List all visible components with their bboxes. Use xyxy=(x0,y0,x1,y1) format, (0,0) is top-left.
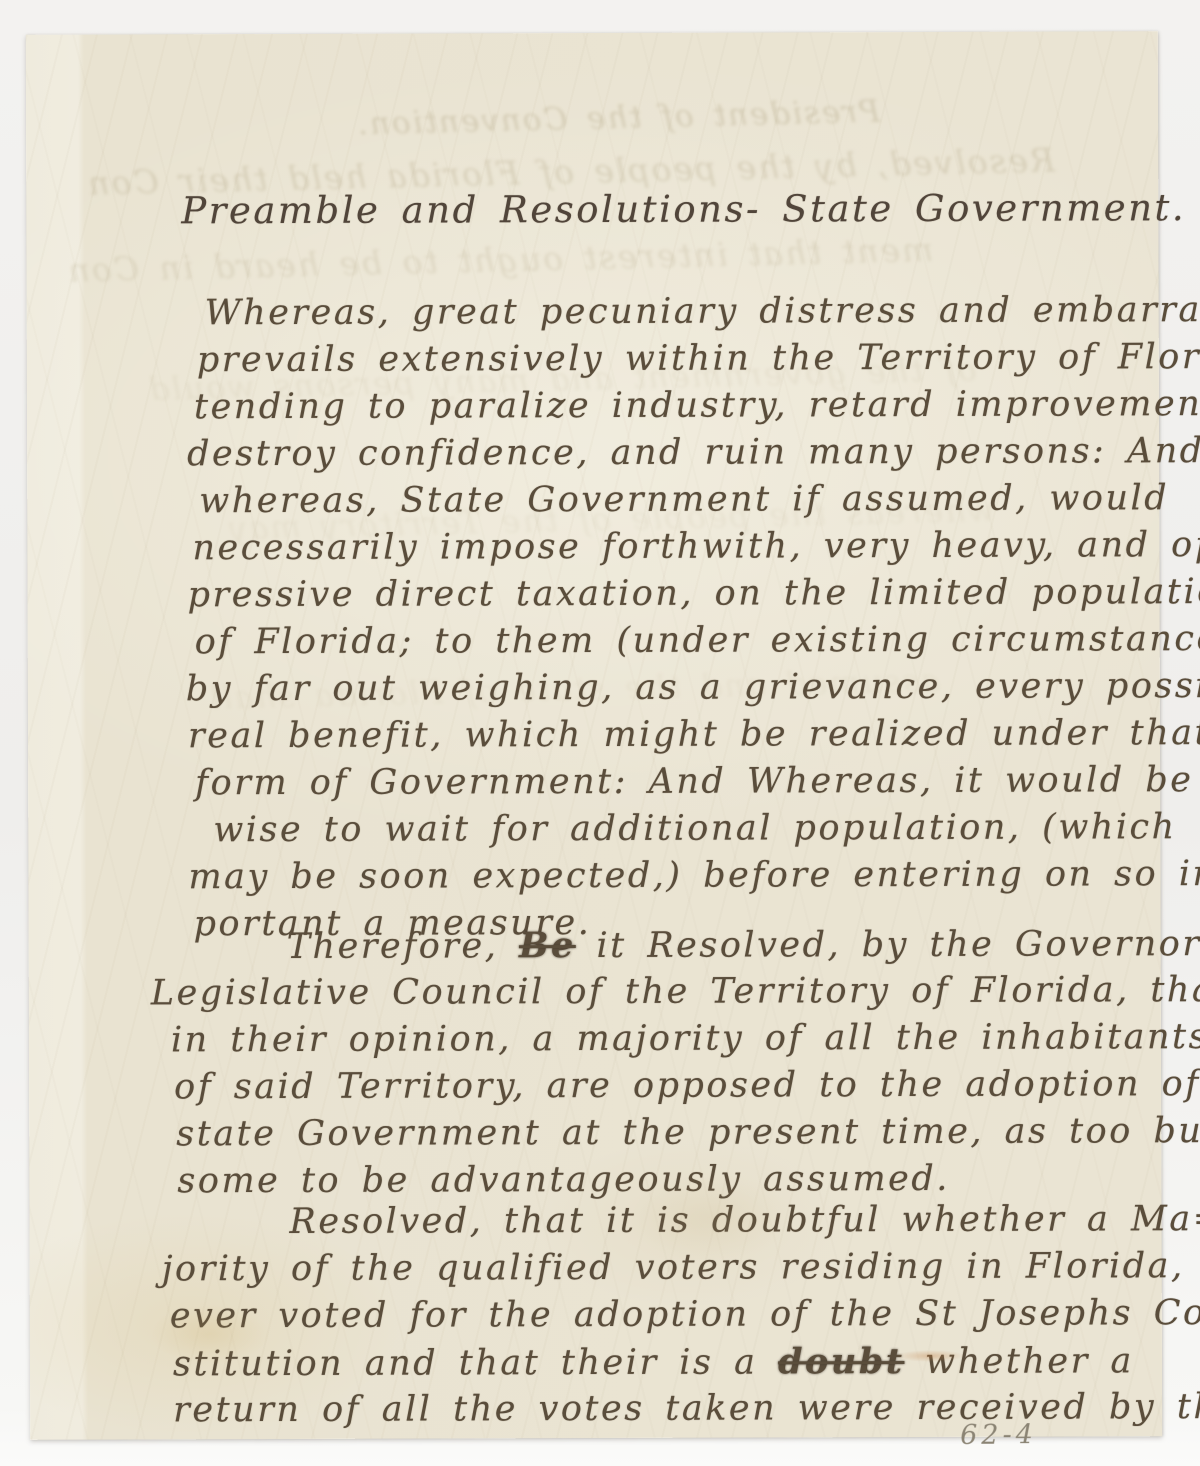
handwritten-line: by far out weighing, as a grievance, eve… xyxy=(186,669,1200,707)
overwritten-word: doubt xyxy=(778,1341,905,1382)
handwritten-line: Resolved, that it is doubtful whether a … xyxy=(289,1202,1200,1240)
handwritten-line: form of Government: And Whereas, it woul… xyxy=(195,763,1193,801)
handwritten-line: Therefore, Be it Resolved, by the Govern… xyxy=(287,926,1200,965)
handwritten-line: in their opinion, a majority of all the … xyxy=(171,1020,1200,1058)
manuscript-page: President of the Convention.Resolved, by… xyxy=(26,31,1162,1440)
handwritten-line: return of all the votes taken were recei… xyxy=(173,1390,1200,1428)
handwritten-line: of said Territory, are opposed to the ad… xyxy=(174,1067,1200,1105)
handwritten-line: pressive direct taxation, on the limited… xyxy=(188,575,1200,613)
bleedthrough-layer: President of the Convention.Resolved, by… xyxy=(26,31,1158,35)
bleedthrough-line: ment that interest ought to be heard in … xyxy=(66,233,933,287)
overwritten-word: Be xyxy=(519,925,576,966)
handwritten-line: necessarily impose forthwith, very heavy… xyxy=(192,528,1200,566)
handwritten-line: ever voted for the adoption of the St Jo… xyxy=(170,1296,1200,1334)
bleedthrough-line: President of the Convention. xyxy=(356,97,881,141)
archival-page-number: 62-4 xyxy=(960,1420,1037,1451)
handwritten-line: destroy confidence, and ruin many person… xyxy=(187,434,1200,472)
manuscript-text: Whereas, great pecuniary distress and em… xyxy=(26,31,1158,35)
handwritten-line: jority of the qualified voters residing … xyxy=(162,1249,1185,1287)
handwritten-line: Legislative Council of the Territory of … xyxy=(151,973,1200,1011)
handwritten-line: stitution and that their is a doubt whet… xyxy=(173,1343,1134,1382)
handwritten-line: tending to paralize industry, retard imp… xyxy=(194,387,1200,425)
handwritten-line: of Florida; to them (under existing circ… xyxy=(195,622,1200,660)
handwritten-line: state Government at the present time, as… xyxy=(176,1114,1200,1153)
handwritten-line: real benefit, which might be realized un… xyxy=(188,716,1200,754)
handwritten-line: may be soon expected,) before entering o… xyxy=(188,857,1200,895)
document-title: Preamble and Resolutions- State Governme… xyxy=(181,189,1186,229)
scanner-background: President of the Convention.Resolved, by… xyxy=(0,0,1200,1466)
handwritten-line: wise to wait for additional population, … xyxy=(213,810,1176,848)
handwritten-line: Whereas, great pecuniary distress and em… xyxy=(205,293,1200,332)
handwritten-line: prevails extensively within the Territor… xyxy=(197,340,1200,378)
stain-layer xyxy=(26,31,1158,35)
handwritten-line: whereas, State Government if assumed, wo… xyxy=(199,481,1169,519)
handwritten-line: some to be advantageously assumed. xyxy=(177,1162,950,1199)
